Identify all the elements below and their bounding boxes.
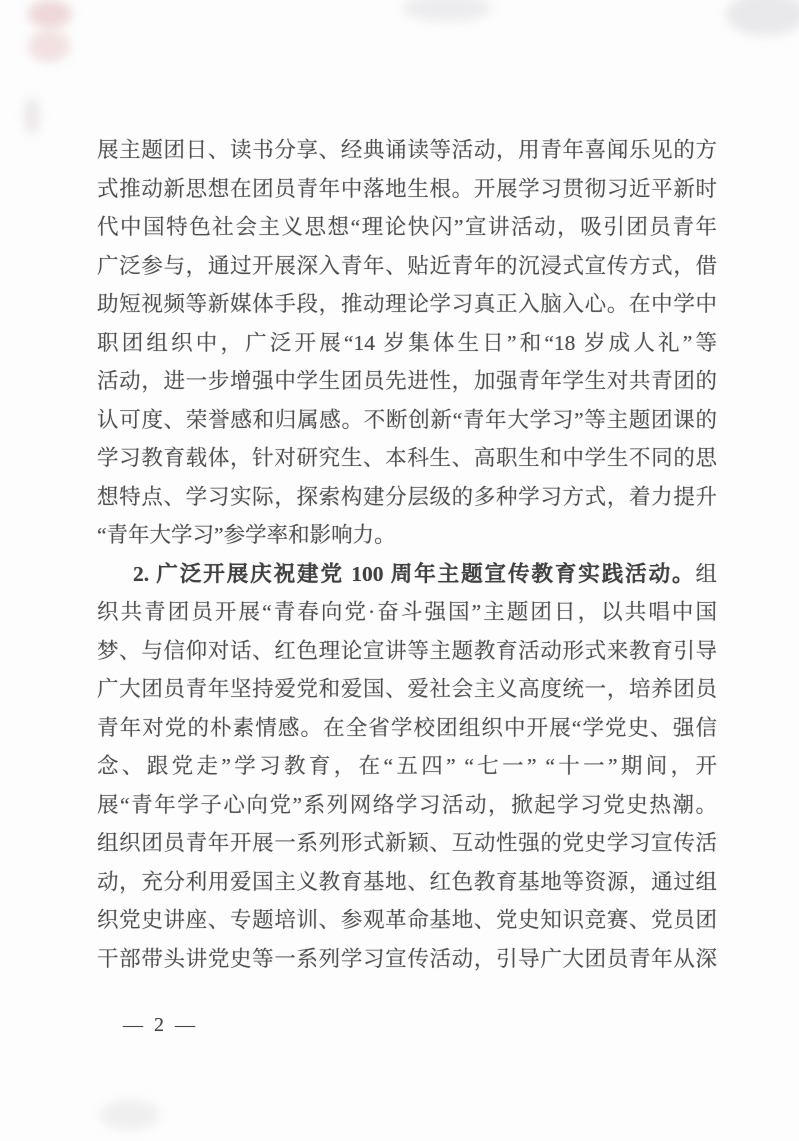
line-text: 织共青团员开展“青春向党·奋斗强国”主题团日，以共唱中国 (97, 600, 717, 624)
scan-bleed-mark-top-left-2 (28, 30, 70, 62)
text-line: 广泛参与，通过开展深入青年、贴近青年的沉浸式宣传方式，借 (97, 247, 717, 286)
line-text: 广大团员青年坚持爱党和爱国、爱社会主义高度统一，培养团员 (97, 677, 717, 701)
line-text: 想特点、学习实际，探索构建分层级的多种学习方式，着力提升 (97, 485, 717, 509)
text-line: 想特点、学习实际，探索构建分层级的多种学习方式，着力提升 (97, 478, 717, 517)
line-text: 念、跟党走”学习教育，在“五四” “七一” “十一”期间，开 (97, 754, 717, 778)
text-line: 式推动新思想在团员青年中落地生根。开展学习贯彻习近平新时 (97, 170, 717, 209)
scan-smudge-left-edge (24, 98, 40, 134)
line-text: 展“青年学子心向党”系列网络学习活动，掀起学习党史热潮。 (97, 793, 717, 817)
text-line: 展“青年学子心向党”系列网络学习活动，掀起学习党史热潮。 (97, 786, 717, 825)
scan-bleed-mark-top-left-1 (28, 0, 72, 28)
line-text: 组 (695, 562, 717, 586)
text-line: 梦、与信仰对话、红色理论宣讲等主题教育活动形式来教育引导 (97, 632, 717, 671)
line-text: 代中国特色社会主义思想“理论快闪”宣讲活动，吸引团员青年 (97, 215, 717, 239)
text-line: 助短视频等新媒体手段，推动理论学习真正入脑入心。在中学中 (97, 285, 717, 324)
text-line: 学习教育载体，针对研究生、本科生、高职生和中学生不同的思 (97, 439, 717, 478)
line-text: 学习教育载体，针对研究生、本科生、高职生和中学生不同的思 (97, 446, 717, 470)
line-text: 展主题团日、读书分享、经典诵读等活动，用青年喜闻乐见的方 (97, 138, 717, 162)
line-text: “青年大学习”参学率和影响力。 (97, 523, 396, 547)
text-line: 代中国特色社会主义思想“理论快闪”宣讲活动，吸引团员青年 (97, 208, 717, 247)
text-line: 织共青团员开展“青春向党·奋斗强国”主题团日，以共唱中国 (97, 593, 717, 632)
page-number: — 2 — (123, 1010, 198, 1040)
line-text: 动，充分利用爱国主义教育基地、红色教育基地等资源，通过组 (97, 870, 717, 894)
line-text: 活动，进一步增强中学生团员先进性，加强青年学生对共青团的 (97, 369, 717, 393)
line-text: 干部带头讲党史等一系列学习宣传活动，引导广大团员青年从深 (97, 947, 717, 971)
line-text: 认可度、荣誉感和归属感。不断创新“青年大学习”等主题团课的 (97, 408, 717, 432)
text-line: 织党史讲座、专题培训、参观革命基地、党史知识竞赛、党员团 (97, 901, 717, 940)
text-line: 念、跟党走”学习教育，在“五四” “七一” “十一”期间，开 (97, 747, 717, 786)
line-text: 梦、与信仰对话、红色理论宣讲等主题教育活动形式来教育引导 (97, 639, 717, 663)
text-line: 广大团员青年坚持爱党和爱国、爱社会主义高度统一，培养团员 (97, 670, 717, 709)
text-line: “青年大学习”参学率和影响力。 (97, 516, 717, 555)
text-line: 组织团员青年开展一系列形式新颖、互动性强的党史学习宣传活 (97, 824, 717, 863)
body-text: 展主题团日、读书分享、经典诵读等活动，用青年喜闻乐见的方 式推动新思想在团员青年… (97, 131, 717, 978)
text-line: 青年对党的朴素情感。在全省学校团组织中开展“学党史、强信 (97, 709, 717, 748)
line-text: 组织团员青年开展一系列形式新颖、互动性强的党史学习宣传活 (97, 831, 717, 855)
document-page: 展主题团日、读书分享、经典诵读等活动，用青年喜闻乐见的方 式推动新思想在团员青年… (0, 0, 799, 1141)
scan-smudge-top-right (726, 0, 799, 36)
scan-smudge-bottom-left (100, 1100, 160, 1130)
line-text: 广泛参与，通过开展深入青年、贴近青年的沉浸式宣传方式，借 (97, 254, 717, 278)
text-line: 动，充分利用爱国主义教育基地、红色教育基地等资源，通过组 (97, 863, 717, 902)
text-line: 干部带头讲党史等一系列学习宣传活动，引导广大团员青年从深 (97, 940, 717, 979)
line-text: 青年对党的朴素情感。在全省学校团组织中开展“学党史、强信 (97, 716, 717, 740)
scan-smudge-top-center (402, 0, 492, 22)
line-text: 式推动新思想在团员青年中落地生根。开展学习贯彻习近平新时 (97, 177, 717, 201)
text-line: 活动，进一步增强中学生团员先进性，加强青年学生对共青团的 (97, 362, 717, 401)
line-text: 助短视频等新媒体手段，推动理论学习真正入脑入心。在中学中 (97, 292, 717, 316)
line-text: 织党史讲座、专题培训、参观革命基地、党史知识竞赛、党员团 (97, 908, 717, 932)
text-line: 认可度、荣誉感和归属感。不断创新“青年大学习”等主题团课的 (97, 401, 717, 440)
line-text: 职团组织中，广泛开展“14 岁集体生日”和“18 岁成人礼”等 (97, 331, 717, 355)
text-line: 展主题团日、读书分享、经典诵读等活动，用青年喜闻乐见的方 (97, 131, 717, 170)
text-line-heading: 2. 广泛开展庆祝建党 100 周年主题宣传教育实践活动。组 (97, 555, 717, 594)
heading-bold-text: 2. 广泛开展庆祝建党 100 周年主题宣传教育实践活动。 (133, 562, 695, 586)
text-line: 职团组织中，广泛开展“14 岁集体生日”和“18 岁成人礼”等 (97, 324, 717, 363)
